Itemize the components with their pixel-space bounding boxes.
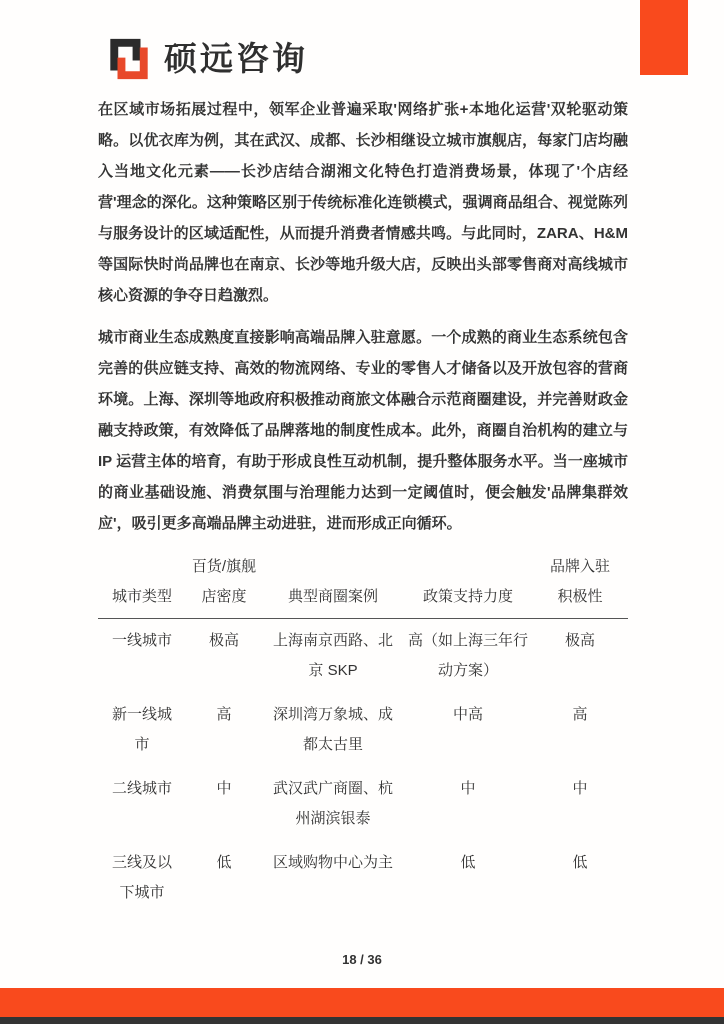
table-header-row: 城市类型 百货/旗舰 店密度 典型商圈案例 政策支持力度 品牌入驻 积极性 xyxy=(98,550,628,619)
paragraph-ecosystem-maturity: 城市商业生态成熟度直接影响高端品牌入驻意愿。一个成熟的商业生态系统包含完善的供应… xyxy=(98,322,628,539)
report-page: 硕远咨询 在区域市场拓展过程中，领军企业普遍采取'网络扩张+本地化运营'双轮驱动… xyxy=(0,0,724,1024)
cell-city-type: 三线及以 下城市 xyxy=(98,841,186,915)
cell-typical-district: 武汉武广商圈、杭 州湖滨银泰 xyxy=(262,767,404,841)
paragraph-regional-expansion: 在区域市场拓展过程中，领军企业普遍采取'网络扩张+本地化运营'双轮驱动策略。以优… xyxy=(98,94,628,311)
cell-brand-entry: 低 xyxy=(532,841,628,915)
cell-brand-entry: 高 xyxy=(532,693,628,767)
page-number: 18 / 36 xyxy=(0,952,724,967)
cell-brand-entry: 极高 xyxy=(532,619,628,694)
cell-policy-support: 低 xyxy=(404,841,532,915)
col-header-brand-entry: 品牌入驻 积极性 xyxy=(532,550,628,619)
cell-store-density: 低 xyxy=(186,841,262,915)
table-row-new-tier1: 新一线城 市 高 深圳湾万象城、成 都太古里 中高 高 xyxy=(98,693,628,767)
brand-name: 硕远咨询 xyxy=(164,36,308,82)
city-tier-table: 城市类型 百货/旗舰 店密度 典型商圈案例 政策支持力度 品牌入驻 积极性 一线… xyxy=(98,550,628,915)
cell-store-density: 高 xyxy=(186,693,262,767)
col-header-policy-support: 政策支持力度 xyxy=(404,550,532,619)
cell-store-density: 极高 xyxy=(186,619,262,694)
cell-brand-entry: 中 xyxy=(532,767,628,841)
table-row-tier1: 一线城市 极高 上海南京西路、北 京 SKP 高（如上海三年行 动方案） 极高 xyxy=(98,619,628,694)
cell-store-density: 中 xyxy=(186,767,262,841)
col-header-city-type: 城市类型 xyxy=(98,550,186,619)
table-row-tier2: 二线城市 中 武汉武广商圈、杭 州湖滨银泰 中 中 xyxy=(98,767,628,841)
cell-typical-district: 区域购物中心为主 xyxy=(262,841,404,915)
bottom-accent-band xyxy=(0,988,724,1017)
col-header-store-density: 百货/旗舰 店密度 xyxy=(186,550,262,619)
col-header-typical-district: 典型商圈案例 xyxy=(262,550,404,619)
brand-logo: 硕远咨询 xyxy=(106,36,308,82)
page-content: 在区域市场拓展过程中，领军企业普遍采取'网络扩张+本地化运营'双轮驱动策略。以优… xyxy=(98,94,628,915)
top-right-accent-bar xyxy=(640,0,688,75)
cell-city-type: 二线城市 xyxy=(98,767,186,841)
cell-city-type: 新一线城 市 xyxy=(98,693,186,767)
cell-typical-district: 上海南京西路、北 京 SKP xyxy=(262,619,404,694)
bottom-dark-strip xyxy=(0,1017,724,1024)
table-row-tier3-below: 三线及以 下城市 低 区域购物中心为主 低 低 xyxy=(98,841,628,915)
cell-policy-support: 高（如上海三年行 动方案） xyxy=(404,619,532,694)
brand-logo-icon xyxy=(106,36,152,82)
cell-policy-support: 中高 xyxy=(404,693,532,767)
cell-policy-support: 中 xyxy=(404,767,532,841)
cell-typical-district: 深圳湾万象城、成 都太古里 xyxy=(262,693,404,767)
cell-city-type: 一线城市 xyxy=(98,619,186,694)
